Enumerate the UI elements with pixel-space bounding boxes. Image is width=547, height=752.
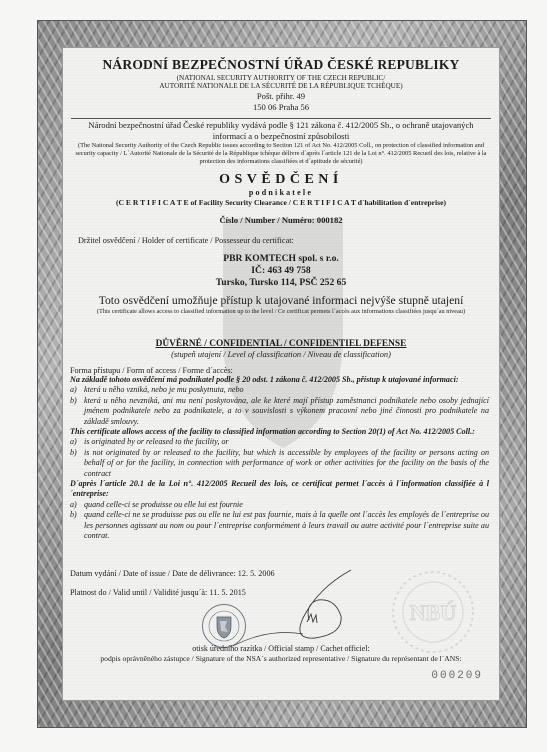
form-of-access-body: Na základě tohoto osvědčení má podnikate… <box>70 375 489 542</box>
issuance-cz-line1: Národní bezpečnostní úřad České republik… <box>69 120 493 131</box>
form-of-access-label: Forma přístupu / Form of access / Forme … <box>70 366 233 375</box>
authority-fr: AUTORITÉ NATIONALE DE LA SÉCURITÉ DE LA … <box>63 82 499 91</box>
svg-text:NBÚ: NBÚ <box>410 600 457 625</box>
holder-block: PBR KOMTECH spol. s r.o. IČ: 463 49 758 … <box>63 253 499 289</box>
list-item: a)která u něho vzniká, nebo je mu poskyt… <box>70 385 489 395</box>
item-marker: a) <box>70 437 84 447</box>
access-translation: (This certificate allows access to class… <box>63 308 499 316</box>
section-fr: D´après l´article 20.1 de la Loi n°. 412… <box>70 479 489 541</box>
certificate-type: (C E R T I F I C A T E of Facility Secur… <box>63 198 499 207</box>
section-en: This certificate allows access of the fa… <box>70 427 489 479</box>
item-text: která u něho nevzniká, ani mu není posky… <box>84 396 489 427</box>
certificate-panel: NÁRODNÍ BEZPEČNOSTNÍ ÚŘAD ČESKÉ REPUBLIK… <box>62 47 500 701</box>
city: 150 06 Praha 56 <box>63 102 499 113</box>
valid-until-label: Platnost do / Valid until / Validité jus… <box>70 588 207 597</box>
stamp-label: otisk úředního razítka / Official stamp … <box>63 644 499 653</box>
list-item: b)is not originated by or released to th… <box>70 448 489 479</box>
item-marker: a) <box>70 385 84 395</box>
certificate-title: OSVĚDČENÍ <box>63 172 499 188</box>
po-box: Pošt. přihr. 49 <box>63 91 499 102</box>
item-marker: b) <box>70 448 84 479</box>
embossed-seal-icon: NBÚ <box>391 570 475 654</box>
list-item: a)is originated by or released to the fa… <box>70 437 489 447</box>
list-item: b)která u něho nevzniká, ani mu není pos… <box>70 396 489 427</box>
valid-until-line: Platnost do / Valid until / Validité jus… <box>70 588 246 597</box>
list-item: a)quand celle-ci se produisse ou elle lu… <box>70 500 489 510</box>
classification-note: (stupeň utajení / Level of classificatio… <box>63 350 499 359</box>
signature-label: podpis oprávněného zástupce / Signature … <box>63 654 499 663</box>
item-text: která u něho vzniká, nebo je mu poskytnu… <box>84 385 489 395</box>
issue-date-label: Datum vydání / Date of issue / Date de d… <box>70 569 236 578</box>
item-marker: b) <box>70 510 84 541</box>
holder-ic: IČ: 463 49 758 <box>63 265 499 277</box>
certificate-subtitle: podnikatele <box>63 188 499 197</box>
item-marker: b) <box>70 396 84 427</box>
list-item: b)quand celle-ci ne se produisse pas ou … <box>70 510 489 541</box>
classification-level: DŮVĚRNÉ / CONFIDENTIAL / CONFIDENTIEL DE… <box>63 339 499 349</box>
header-divider <box>71 118 491 119</box>
access-statement: Toto osvědčení umožňuje přístup k utajov… <box>63 294 499 307</box>
serial-number: 000209 <box>431 670 483 682</box>
item-text: is originated by or released to the faci… <box>84 437 489 447</box>
authority-title: NÁRODNÍ BEZPEČNOSTNÍ ÚŘAD ČESKÉ REPUBLIK… <box>63 57 499 73</box>
item-text: is not originated by or released to the … <box>84 448 489 479</box>
issuance-cz: Národní bezpečnostní úřad České republik… <box>63 120 499 142</box>
issuance-cz-line2: informací a o bezpečnostní způsobilosti <box>69 131 493 142</box>
section-lead: Na základě tohoto osvědčení má podnikate… <box>70 375 489 385</box>
number-label: Číslo / Number / Numéro: <box>219 215 314 225</box>
section-lead: D´après l´article 20.1 de la Loi n°. 412… <box>70 479 489 500</box>
section-lead: This certificate allows access of the fa… <box>70 427 489 437</box>
item-text: quand celle-ci se produisse ou elle lui … <box>84 500 489 510</box>
holder-address: Tursko, Tursko 114, PSČ 252 65 <box>63 277 499 289</box>
number-value: 000182 <box>317 215 343 225</box>
holder-label: Držitel osvědčení / Holder of certificat… <box>78 236 294 245</box>
holder-name: PBR KOMTECH spol. s r.o. <box>63 253 499 265</box>
issuance-translation: (The National Security Authority of the … <box>63 142 499 167</box>
certificate-number: Číslo / Number / Numéro: 000182 <box>63 215 499 225</box>
item-text: quand celle-ci ne se produisse pas ou el… <box>84 510 489 541</box>
item-marker: a) <box>70 500 84 510</box>
signature-icon <box>223 568 373 648</box>
section-cz: Na základě tohoto osvědčení má podnikate… <box>70 375 489 427</box>
